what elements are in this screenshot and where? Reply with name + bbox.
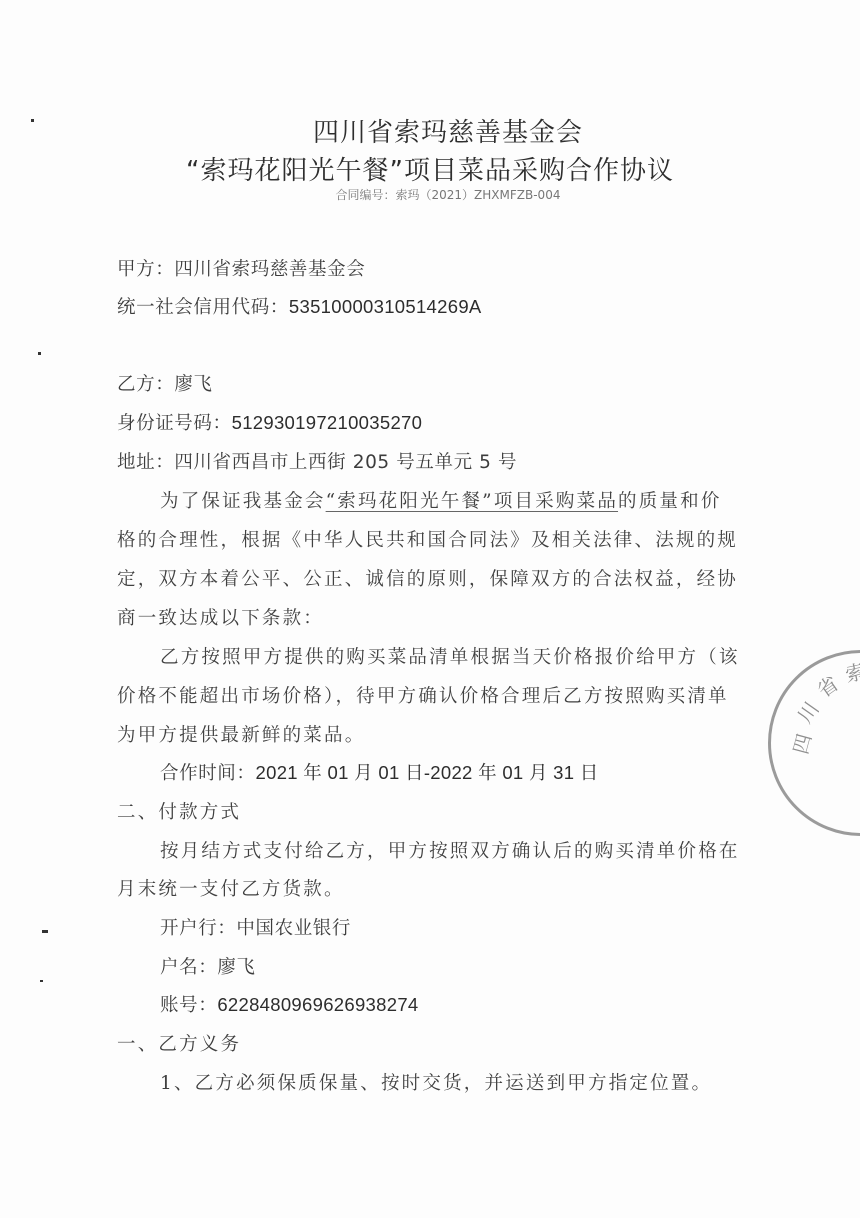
- scan-speck: [42, 930, 48, 933]
- account-number-value: 6228480969626938274: [217, 994, 418, 1015]
- document-title-org: 四川省索玛慈善基金会: [0, 112, 860, 149]
- credit-code-value: 53510000310514269A: [289, 296, 482, 317]
- address-value: 四川省西昌市上西街 205 号五单元 5 号: [174, 452, 517, 473]
- party-b-label: 乙方：: [117, 374, 174, 395]
- document-title-agreement: “索玛花阳光午餐”项目菜品采购合作协议: [0, 150, 860, 187]
- id-number-value: 512930197210035270: [232, 412, 423, 433]
- preamble-line-3: 定，双方本着公平、公正、诚信的原则，保障双方的合法权益，经协: [117, 565, 738, 591]
- account-name-value: 廖飞: [217, 957, 255, 978]
- address-line: 地址：四川省西昌市上西街 205 号五单元 5 号: [117, 448, 517, 474]
- payment-line-2: 月末统一支付乙方货款。: [117, 875, 345, 901]
- cooperation-period-line: 合作时间：2021 年 01 月 01 日-2022 年 01 月 31 日: [160, 759, 599, 785]
- account-number-line: 账号：6228480969626938274: [160, 991, 419, 1017]
- account-name-label: 户名：: [160, 957, 217, 978]
- stamp-char: 省: [810, 668, 843, 703]
- seal-stamp: 四 川 省 索: [768, 650, 860, 836]
- party-b-name: 廖飞: [174, 374, 212, 395]
- payment-line-1: 按月结方式支付给乙方，甲方按照双方确认后的购买清单价格在: [160, 837, 740, 863]
- credit-code-label: 统一社会信用代码：: [117, 297, 289, 318]
- pricing-clause-line-1: 乙方按照甲方提供的购买菜品清单根据当天价格报价给甲方（该: [160, 643, 740, 669]
- preamble-line-2: 格的合理性，根据《中华人民共和国合同法》及相关法律、法规的规: [117, 526, 738, 552]
- preamble-line-4: 商一致达成以下条款：: [117, 604, 324, 630]
- party-a-line: 甲方：四川省索玛慈善基金会: [117, 255, 365, 281]
- preamble-text: 的质量和价: [618, 491, 722, 512]
- credit-code-line: 统一社会信用代码：53510000310514269A: [117, 293, 482, 319]
- scan-speck: [40, 980, 43, 982]
- preamble-line-1: 为了保证我基金会“索玛花阳光午餐”项目采购菜品的质量和价: [160, 487, 722, 513]
- stamp-char: 川: [789, 695, 824, 728]
- obligation-item-1: 1、乙方必须保质保量、按时交货，并运送到甲方指定位置。: [160, 1069, 712, 1095]
- bank-value: 中国农业银行: [236, 918, 351, 939]
- stamp-char: 索: [842, 655, 860, 688]
- project-name-underlined: “索玛花阳光午餐”项目采购菜品: [326, 491, 618, 512]
- preamble-text: 为了保证我基金会: [160, 491, 326, 512]
- contract-number: 合同编号：索玛（2021）ZHXMFZB-004: [0, 186, 860, 203]
- id-number-line: 身份证号码：512930197210035270: [117, 409, 422, 435]
- stamp-char: 四: [784, 730, 817, 757]
- address-label: 地址：: [117, 452, 174, 473]
- account-number-label: 账号：: [160, 995, 217, 1016]
- cooperation-period-value: 2021 年 01 月 01 日-2022 年 01 月 31 日: [256, 762, 599, 783]
- scan-speck: [31, 119, 34, 122]
- party-b-line: 乙方：廖飞: [117, 370, 213, 396]
- payment-section-heading: 二、付款方式: [117, 798, 241, 824]
- bank-line: 开户行：中国农业银行: [160, 914, 351, 940]
- bank-label: 开户行：: [160, 918, 236, 939]
- account-name-line: 户名：廖飞: [160, 953, 256, 979]
- party-a-label: 甲方：: [117, 259, 174, 280]
- id-number-label: 身份证号码：: [117, 413, 232, 434]
- party-a-name: 四川省索玛慈善基金会: [174, 259, 365, 280]
- pricing-clause-line-3: 为甲方提供最新鲜的菜品。: [117, 721, 365, 747]
- scan-speck: [38, 352, 41, 355]
- obligations-section-heading: 一、乙方义务: [117, 1030, 241, 1056]
- cooperation-period-label: 合作时间：: [160, 763, 256, 784]
- document-page: 四川省索玛慈善基金会 “索玛花阳光午餐”项目菜品采购合作协议 合同编号：索玛（2…: [0, 0, 860, 1218]
- pricing-clause-line-2: 价格不能超出市场价格），待甲方确认价格合理后乙方按照购买清单: [117, 682, 729, 708]
